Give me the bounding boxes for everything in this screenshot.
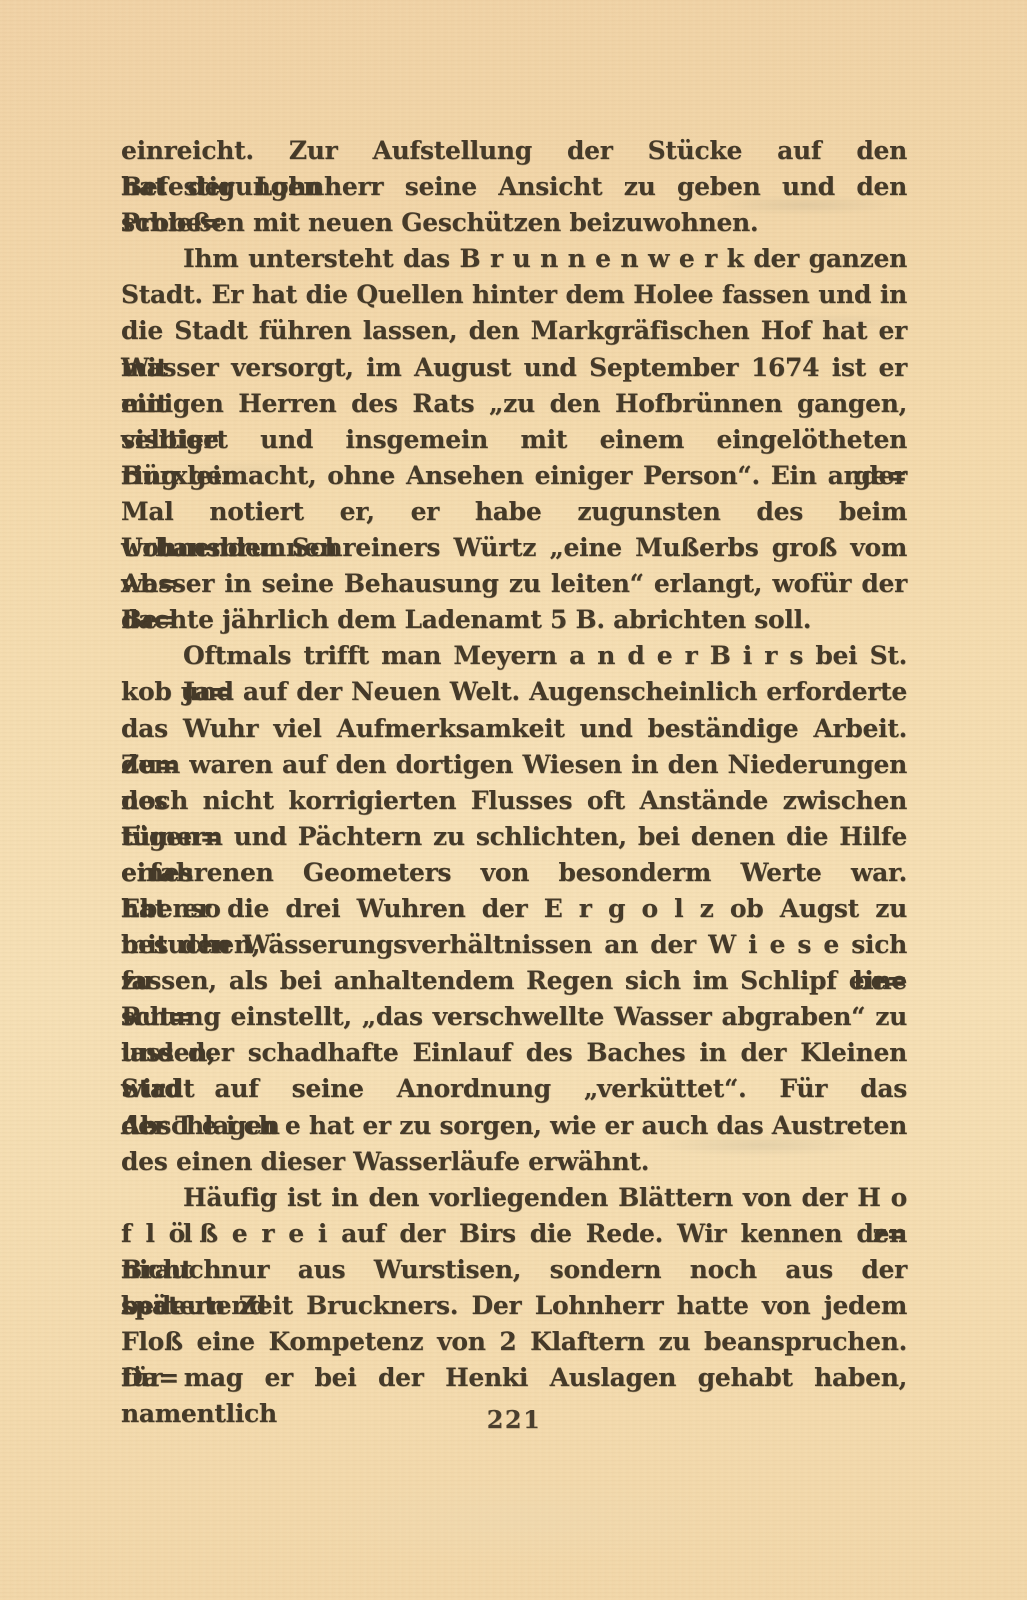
text-line: fassen, als bei anhaltendem Regen sich i… [121,963,907,999]
text-line: schießen mit neuen Geschützen beizuwohne… [121,205,907,241]
text-line: hat er die drei Wuhren der E r g o l z o… [121,891,907,927]
text-line: einigen Herren des Rats „zu den Hofbrünn… [121,386,907,422]
text-line: Stadt. Er hat die Quellen hinter dem Hol… [121,277,907,313]
text-line: schung einstellt, „das verschwellte Wass… [121,999,907,1035]
text-line: Häufig ist in den vorliegenden Blättern … [121,1180,907,1216]
text-line: wasser in seine Behausung zu leiten“ erl… [121,566,907,602]
text-line: kob und auf der Neuen Welt. Augenscheinl… [121,674,907,710]
text-line: dachte jährlich dem Ladenamt 5 B. abrich… [121,602,907,638]
text-line: f l ö ß e r e i auf der Birs die Rede. W… [121,1216,907,1252]
text-line: die Stadt führen lassen, den Markgräfisc… [121,313,907,349]
text-line: für mag er bei der Henki Auslagen gehabt… [121,1360,907,1396]
text-line: Wasser versorgt, im August und September… [121,350,907,386]
text-block: einreicht. Zur Aufstellung der Stücke au… [121,133,907,1396]
text-line: erfahrenen Geometers von besonderm Werte… [121,855,907,891]
page-number: 221 [121,1405,907,1434]
text-line: nicht nur aus Wurstisen, sondern noch au… [121,1252,907,1288]
text-line: wird auf seine Anordnung „verküttet“. Fü… [121,1071,907,1107]
text-line: visitiert und insgemein mit einem eingel… [121,422,907,458]
text-line: einreicht. Zur Aufstellung der Stücke au… [121,133,907,169]
text-line: Floß eine Kompetenz von 2 Klaftern zu be… [121,1324,907,1360]
text-line: noch nicht korrigierten Flusses oft Anst… [121,783,907,819]
text-line: und der schadhafte Einlauf des Baches in… [121,1035,907,1071]
text-line: spätern Zeit Bruckners. Der Lohnherr hat… [121,1288,907,1324]
text-line: ring gemacht, ohne Ansehen einiger Perso… [121,458,907,494]
text-line: der T e i ch e hat er zu sorgen, wie er … [121,1108,907,1144]
text-line: des einen dieser Wasserläufe erwähnt. [121,1144,907,1180]
text-line: Mal notiert er, er habe zugunsten des be… [121,494,907,530]
text-line: Ihm untersteht das B r u n n e n w e r k… [121,241,907,277]
text-line: dem waren auf den dortigen Wiesen in den… [121,747,907,783]
text-line: das Wuhr viel Aufmerksamkeit und beständ… [121,711,907,747]
text-line: Oftmals trifft man Meyern a n d e r B i … [121,638,907,674]
text-line: wohnenden Schreiners Würtz „eine Mußerbs… [121,530,907,566]
text-line: mit den Wässerungsverhältnissen an der W… [121,927,907,963]
text-line: hat der Lohnherr seine Ansicht zu geben … [121,169,907,205]
book-page: einreicht. Zur Aufstellung der Stücke au… [0,0,1027,1600]
text-line: tümern und Pächtern zu schlichten, bei d… [121,819,907,855]
